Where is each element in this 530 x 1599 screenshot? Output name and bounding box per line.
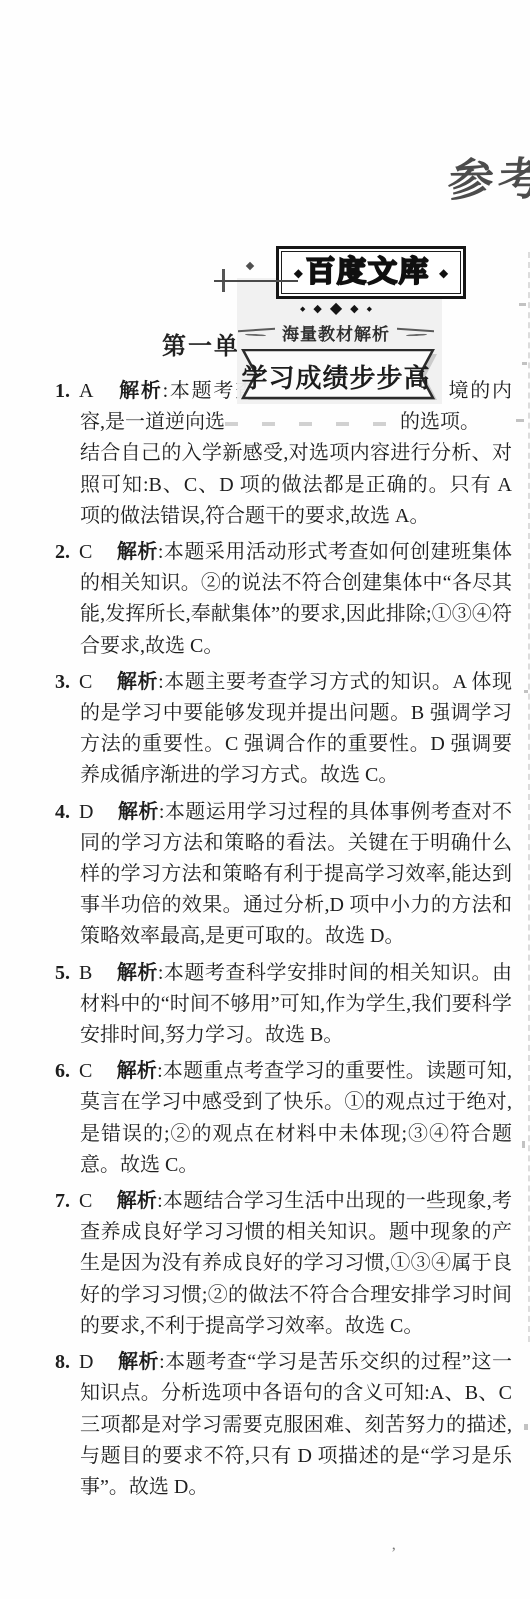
answer-choice: C [79,541,92,563]
answer-choice: D [79,1351,93,1373]
tagline-row: 海量教材解析 [231,320,441,345]
scan-artifact [522,1141,525,1148]
diamond-icon: ◆ [313,304,321,315]
answer-choice: A [79,380,93,402]
scan-artifact [524,690,528,693]
page-title: 参考 [444,142,530,209]
answer-item-8: 8.D解析:本题考查“学习是苦乐交织的过程”这一知识点。分析选项中各语句的含义可… [55,1347,512,1503]
diamond-icon: ◆ [330,301,342,317]
answer-number: 5. [55,962,70,984]
analysis-label: 解析 [117,380,162,402]
analysis-label: 解析 [116,541,158,563]
scan-artifact [519,303,526,306]
diamond-icon: ◆ [439,267,448,279]
answer-number: 2. [55,541,70,563]
scan-artifact [524,1424,528,1430]
answer-number: 6. [55,1060,70,1082]
analysis-label: 解析 [116,962,158,984]
brand-box-inner-border: ◆ 百度文库 ◆ [281,251,461,294]
answer-item-6: 6.C解析:本题重点考查学习的重要性。读题可知,莫言在学习中感受到了快乐。①的观… [55,1056,512,1181]
answer-item-2: 2.C解析:本题采用活动形式考查如何创建班集体的相关知识。②的说法不符合创建集体… [55,537,512,662]
covered-print-fragment [246,262,254,270]
scan-artifact [516,419,524,422]
answer-text-fragment: 的选项。 [400,411,480,433]
answer-item-3: 3.C解析:本题主要考查学习方式的知识。A 体现的是学习中要能够发现并提出问题。… [55,667,512,792]
brand-logo-text: 百度文库 [306,258,430,287]
diamond-row: ◆◆◆◆◆ [236,301,436,317]
answer-number: 7. [55,1190,70,1212]
answer-choice: D [79,801,93,823]
answer-number: 1. [55,380,70,402]
answer-text: 结合自己的入学新感受,对选项内容进行分析、对照可知:B、C、D 项的做法都是正确… [80,442,512,526]
answer-number: 8. [55,1351,70,1373]
answer-choice: B [79,962,92,984]
answer-text-fragment: :本题考查 [163,380,257,402]
answer-item-1: 1.A解析:本题考查境的内容,是一道逆向选的选项。结合自己的入学新感受,对选项内… [55,376,512,532]
analysis-label: 解析 [116,671,158,693]
answer-text: :本题结合学习生活中出现的一些现象,考查养成良好学习习惯的相关知识。题中现象的产… [80,1190,512,1337]
flourish-line-icon [238,328,275,337]
answer-choice: C [79,1190,92,1212]
answer-item-4: 4.D解析:本题运用学习过程的具体事例考查对不同的学习方法和策略的看法。关键在于… [55,797,512,953]
answer-item-7: 7.C解析:本题结合学习生活中出现的一些现象,考查养成良好学习习惯的相关知识。题… [55,1186,512,1342]
faded-text-gap [225,422,400,426]
diamond-icon: ◆ [300,306,305,313]
answer-choice: C [79,671,92,693]
answer-text: :本题考查“学习是苦乐交织的过程”这一知识点。分析选项中各语句的含义可知:A、B… [80,1351,512,1498]
diamond-icon: ◆ [350,304,358,315]
answers-list: 1.A解析:本题考查境的内容,是一道逆向选的选项。结合自己的入学新感受,对选项内… [55,376,512,1508]
scan-artifact [522,362,527,365]
analysis-label: 解析 [116,1190,157,1212]
diamond-icon: ◆ [294,267,303,279]
covered-print-fragment [222,269,225,292]
answer-item-5: 5.B解析:本题考查科学安排时间的相关知识。由材料中的“时间不够用”可知,作为学… [55,958,512,1052]
stray-print-mark: ’ [391,1545,396,1563]
answer-number: 4. [55,801,70,823]
analysis-label: 解析 [116,1060,157,1082]
section-heading: 第一单 [162,326,240,361]
brand-box: ◆ 百度文库 ◆ [276,246,466,299]
watermark-covered-gap [257,390,447,394]
answer-choice: C [79,1060,92,1082]
analysis-label: 解析 [117,1351,159,1373]
scanned-answer-page: 参考 第一单 1.A解析:本题考查境的内容,是一道逆向选的选项。结合自己的入学新… [0,0,530,1599]
answer-number: 3. [55,671,70,693]
flourish-line-icon [397,328,434,337]
analysis-label: 解析 [117,801,158,823]
diamond-icon: ◆ [367,306,372,313]
covered-print-fragment [214,280,298,282]
tagline-text: 海量教材解析 [282,320,390,345]
